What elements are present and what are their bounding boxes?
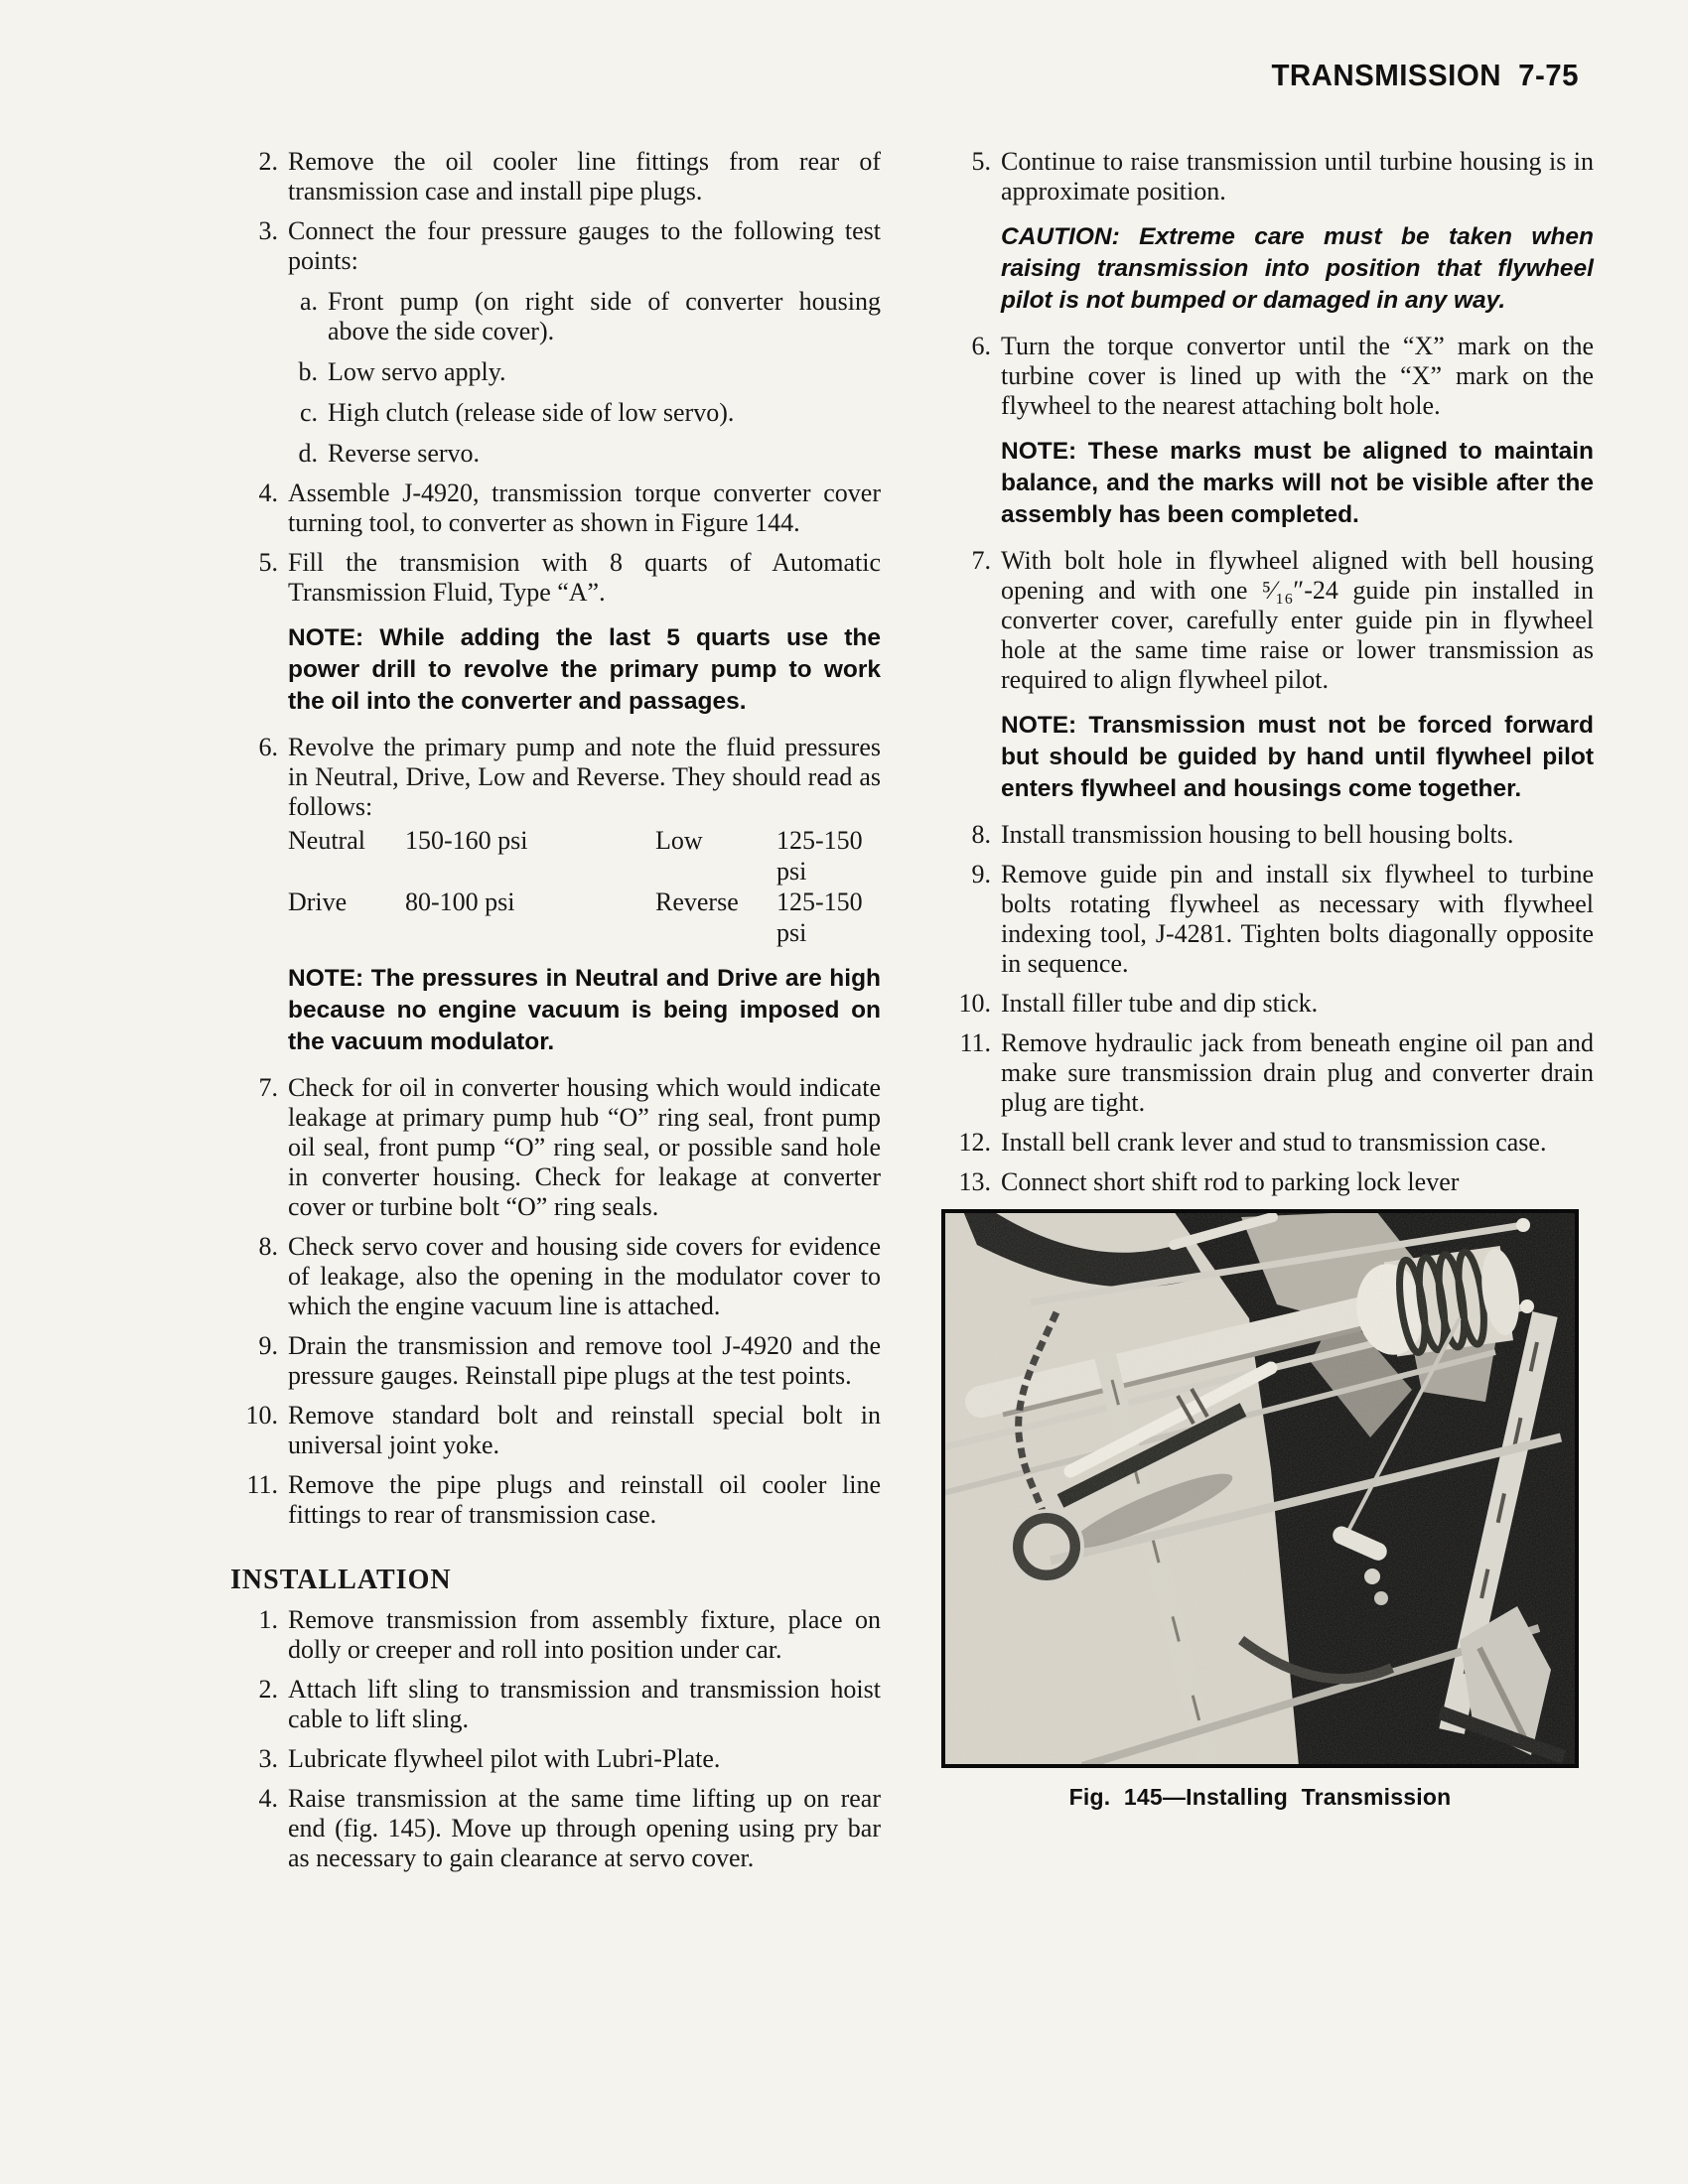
list-subitem: c. High clutch (release side of low serv… — [288, 398, 881, 428]
item-number: 5. — [230, 548, 278, 608]
item-text: Remove the pipe plugs and reinstall oil … — [288, 1470, 881, 1530]
caution-block: CAUTION: Extreme care must be taken when… — [1001, 221, 1594, 317]
item-number: 10. — [230, 1401, 278, 1460]
list-item: 6. Turn the torque convertor until the “… — [943, 332, 1594, 421]
list-item: 5. Continue to raise transmission until … — [943, 147, 1594, 206]
list-item: 8. Install transmission housing to bell … — [943, 820, 1594, 850]
installing-transmission-photo — [943, 1211, 1577, 1766]
item-number: 1. — [230, 1605, 278, 1665]
item-number: 11. — [230, 1470, 278, 1530]
note-block: NOTE: While adding the last 5 quarts use… — [288, 622, 881, 718]
item-number: 8. — [943, 820, 991, 850]
item-text: Turn the torque convertor until the “X” … — [1001, 332, 1594, 421]
pressure-row: Drive 80-100 psi Reverse 125-150 psi — [288, 887, 881, 948]
item-text: Reverse servo. — [328, 439, 881, 469]
pressure-label: Neutral — [288, 825, 405, 887]
item-text: High clutch (release side of low servo). — [328, 398, 881, 428]
item-text: Check servo cover and housing side cover… — [288, 1232, 881, 1321]
list-item: 4. Raise transmission at the same time l… — [230, 1784, 881, 1873]
item-number: 9. — [943, 860, 991, 979]
item-text: Front pump (on right side of converter h… — [328, 287, 881, 346]
item-number: 3. — [230, 216, 278, 276]
item-text: Lubricate flywheel pilot with Lubri-Plat… — [288, 1744, 881, 1774]
item-number: 2. — [230, 1675, 278, 1734]
list-item: 13. Connect short shift rod to parking l… — [943, 1167, 1594, 1197]
item-number: c. — [288, 398, 318, 428]
item-text: Install filler tube and dip stick. — [1001, 989, 1594, 1019]
item-text: Raise transmission at the same time lift… — [288, 1784, 881, 1873]
item-text: Install bell crank lever and stud to tra… — [1001, 1128, 1594, 1158]
list-item: 9. Remove guide pin and install six flyw… — [943, 860, 1594, 979]
list-item: 12. Install bell crank lever and stud to… — [943, 1128, 1594, 1158]
list-item: 3. Lubricate flywheel pilot with Lubri-P… — [230, 1744, 881, 1774]
item-text: Continue to raise transmission until tur… — [1001, 147, 1594, 206]
item-text: Drain the transmission and remove tool J… — [288, 1331, 881, 1391]
list-item: 10. Remove standard bolt and reinstall s… — [230, 1401, 881, 1460]
item-number: 4. — [230, 1784, 278, 1873]
list-item: 2. Attach lift sling to transmission and… — [230, 1675, 881, 1734]
page-header: TRANSMISSION 7-75 — [1013, 58, 1579, 93]
list-item: 11. Remove the pipe plugs and reinstall … — [230, 1470, 881, 1530]
item-text: Check for oil in converter housing which… — [288, 1073, 881, 1222]
item-number: d. — [288, 439, 318, 469]
list-item: 8. Check servo cover and housing side co… — [230, 1232, 881, 1321]
pressure-label: Low — [655, 825, 776, 887]
pressure-row: Neutral 150-160 psi Low 125-150 psi — [288, 825, 881, 887]
item-number: 9. — [230, 1331, 278, 1391]
list-item: 6. Revolve the primary pump and note the… — [230, 733, 881, 822]
item-text: Connect short shift rod to parking lock … — [1001, 1167, 1594, 1197]
item-text: Fill the transmision with 8 quarts of Au… — [288, 548, 881, 608]
list-item: 10. Install filler tube and dip stick. — [943, 989, 1594, 1019]
item-number: 12. — [943, 1128, 991, 1158]
item-number: 8. — [230, 1232, 278, 1321]
item-text: Revolve the primary pump and note the fl… — [288, 733, 881, 822]
list-item: 11. Remove hydraulic jack from beneath e… — [943, 1028, 1594, 1118]
item-number: 13. — [943, 1167, 991, 1197]
item-number: 2. — [230, 147, 278, 206]
list-subitem: d. Reverse servo. — [288, 439, 881, 469]
manual-page: TRANSMISSION 7-75 2. Remove the oil cool… — [0, 0, 1688, 2184]
list-item: 3. Connect the four pressure gauges to t… — [230, 216, 881, 276]
item-text: Remove hydraulic jack from beneath engin… — [1001, 1028, 1594, 1118]
list-item: 5. Fill the transmision with 8 quarts of… — [230, 548, 881, 608]
note-block: NOTE: These marks must be aligned to mai… — [1001, 436, 1594, 531]
pressure-table: Neutral 150-160 psi Low 125-150 psi Driv… — [288, 825, 881, 948]
note-block: NOTE: The pressures in Neutral and Drive… — [288, 963, 881, 1058]
item-number: 3. — [230, 1744, 278, 1774]
item-text: Low servo apply. — [328, 357, 881, 387]
item-text: Attach lift sling to transmission and tr… — [288, 1675, 881, 1734]
item-number: b. — [288, 357, 318, 387]
item-text: Remove the oil cooler line fittings from… — [288, 147, 881, 206]
list-item: 2. Remove the oil cooler line fittings f… — [230, 147, 881, 206]
list-subitem: a. Front pump (on right side of converte… — [288, 287, 881, 346]
list-item: 7. Check for oil in converter housing wh… — [230, 1073, 881, 1222]
item-number: a. — [288, 287, 318, 346]
item-text: Remove guide pin and install six flywhee… — [1001, 860, 1594, 979]
list-item: 9. Drain the transmission and remove too… — [230, 1331, 881, 1391]
item-number: 7. — [230, 1073, 278, 1222]
list-item: 1. Remove transmission from assembly fix… — [230, 1605, 881, 1665]
item-number: 5. — [943, 147, 991, 206]
section-heading-installation: INSTALLATION — [230, 1566, 881, 1595]
pressure-label: Reverse — [655, 887, 776, 948]
item-text: Assemble J-4920, transmission torque con… — [288, 478, 881, 538]
figure-photo — [943, 1211, 1577, 1766]
pressure-value: 150-160 psi — [405, 825, 655, 887]
item-text: Install transmission housing to bell hou… — [1001, 820, 1594, 850]
item-number: 6. — [230, 733, 278, 822]
list-subitem: b. Low servo apply. — [288, 357, 881, 387]
item-text: Remove standard bolt and reinstall speci… — [288, 1401, 881, 1460]
item-number: 6. — [943, 332, 991, 421]
note-block: NOTE: Transmission must not be forced fo… — [1001, 710, 1594, 805]
item-text: Connect the four pressure gauges to the … — [288, 216, 881, 276]
item-text: Remove transmission from assembly fixtur… — [288, 1605, 881, 1665]
pressure-label: Drive — [288, 887, 405, 948]
right-column: 5. Continue to raise transmission until … — [943, 147, 1594, 1812]
list-item: 7. With bolt hole in flywheel aligned wi… — [943, 546, 1594, 695]
pressure-value: 80-100 psi — [405, 887, 655, 948]
item-number: 4. — [230, 478, 278, 538]
left-column: 2. Remove the oil cooler line fittings f… — [230, 147, 881, 1873]
figure-caption: Fig. 145—Installing Transmission — [943, 1782, 1577, 1812]
item-number: 11. — [943, 1028, 991, 1118]
pressure-value: 125-150 psi — [776, 887, 881, 948]
figure: Fig. 145—Installing Transmission — [943, 1211, 1577, 1812]
item-number: 7. — [943, 546, 991, 695]
list-item: 4. Assemble J-4920, transmission torque … — [230, 478, 881, 538]
item-text: With bolt hole in flywheel aligned with … — [1001, 546, 1594, 695]
item-number: 10. — [943, 989, 991, 1019]
pressure-value: 125-150 psi — [776, 825, 881, 887]
